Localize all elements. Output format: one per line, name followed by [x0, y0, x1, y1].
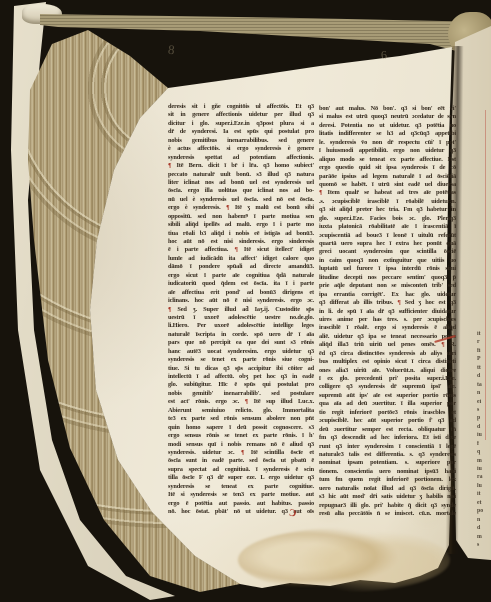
- text-line: parāōe ipsius ad legem naturalē ī ad ōsc…: [319, 173, 456, 181]
- text-line: quomō se habēt. ī utrū sint eadē uel diu…: [319, 181, 456, 189]
- text-line: tio regit inferiorē portōe3 rōnis irascb…: [319, 409, 456, 417]
- text-line: dāmō ī pondere spūali ad directe amandū3…: [168, 263, 314, 271]
- rubric-pilcrow: ¶: [397, 299, 400, 306]
- pencil-mark-left: 8: [167, 42, 175, 59]
- rubric-pilcrow: ¶: [226, 204, 229, 211]
- text-line: hoc aūt nō est nisi sinderesis. ergo sin…: [168, 238, 314, 246]
- text-line: tum fm quem regit inferiorē portionem. l…: [319, 476, 456, 484]
- facing-text-fragment: p: [477, 414, 491, 422]
- facing-text-fragment: s: [477, 541, 491, 549]
- text-line: dr̄ de synderesi. Ia est spūs qui postul…: [168, 128, 314, 136]
- facing-page-red-rule: [485, 110, 486, 440]
- text-line: aliquo modo se teneat ex parte affectiue…: [319, 156, 456, 164]
- text-line: naturale3 talis est differentia. s. q3 s…: [319, 451, 456, 459]
- book-photo: itrfiPttdtaneispdiufqmiuraluitetpondms d…: [0, 0, 491, 602]
- text-line: ¶ Item qualr̄ se habeat ad tres aīe potē…: [319, 189, 456, 197]
- text-line: .s. ɔcupisciblē irasciblē ī rōabilē uide…: [319, 198, 456, 206]
- text-line: è actus affectōis. si ergo synderesis è …: [168, 145, 314, 153]
- facing-text-fragment: ei: [477, 398, 491, 406]
- text-line: synderesis se teneat ex parte cognitiue.: [168, 483, 314, 491]
- facing-text-fragment: q: [477, 448, 491, 456]
- text-line: q3 differat ab illis tribus. ¶ Sed ʒ hoc…: [319, 299, 456, 307]
- text-line: luptatū uel furore ī ipsa interdū rōnis …: [319, 265, 456, 273]
- text-line: est act' rōnis. ergo ɔc. ¶ Itē sup illud…: [168, 398, 314, 406]
- rubric-pilcrow: ¶: [441, 341, 444, 348]
- facing-text-fragment: P: [477, 355, 491, 363]
- text-line: Itē si synderesis se ten3 ex parte motiu…: [168, 491, 314, 499]
- text-line: aīe affectiua erit pond' ad bonū3 dirige…: [168, 289, 314, 297]
- text-line: iudicatoriū quod q̄dem est ōscīa. ita ī …: [168, 280, 314, 288]
- text-line: te3 ex parte sed rōnis sensum abolere no…: [168, 415, 314, 423]
- text-line: ī ex glo. precedenti pri' posita super.i…: [319, 375, 456, 383]
- text-line: bus multiplex est opinio sicut ī circa d…: [319, 358, 456, 366]
- text-line: uestrū ī uxorē adolescētie uestre no.de.…: [168, 314, 314, 322]
- text-line: ergo sicut ī parte aīe cognitiua q̄dā na…: [168, 272, 314, 280]
- text-line: ergo sensus rōnis se tenet ex parte rōni…: [168, 432, 314, 440]
- text-line: tionem. conscientia uero nominat ipsū3 h…: [319, 468, 456, 476]
- text-line: glo. subiūgitur. Hīc ē spūs qui postulat…: [168, 381, 314, 389]
- text-line: intellectū ī ad affectū. obʒ pet hoc q3 …: [168, 373, 314, 381]
- text-line: bon' aut malus. Nō bon'. q3 si bon' eēt …: [319, 105, 456, 113]
- text-line: lumīe ad iudicādū ita affect' idiget cal…: [168, 255, 314, 263]
- text-line: ¶ Sed ʒ. Super illud ad̄ Iaʒ.ij. Custodi…: [168, 306, 314, 314]
- text-line: pars que nō percipit ea que dei sunt s3 …: [168, 339, 314, 347]
- rubric-pilcrow: ¶: [319, 189, 322, 196]
- text-line: prie aq̄le deputant non se misconten̄ tr…: [319, 282, 456, 290]
- text-line: modi sensus quī i nobis remans nō ē aliu…: [168, 441, 314, 449]
- text-line: ergo ē potētia aut passio. aut habitus. …: [168, 500, 314, 508]
- pencil-mark-right: 6: [380, 48, 388, 64]
- facing-text-fragment: fi: [477, 347, 491, 355]
- facing-text-fragment: it: [477, 490, 491, 498]
- text-line: resū alīa peccātōis n̄ se imiscet. cū.n.…: [319, 510, 456, 518]
- facing-text-fragment: tt: [477, 364, 491, 372]
- text-line: irasciblē ī rōalē. ergo si synderesis ē …: [319, 324, 456, 332]
- text-line: supra spectat ad cognitiuā. ī synderesis…: [168, 466, 314, 474]
- text-line: iclinans. hoc aūt nō ē nisi synderesis. …: [168, 297, 314, 305]
- text-line: ōscīa. ergo illa uolūtas que iclinat nos…: [168, 187, 314, 195]
- text-line: q3 sit aliq̄d preter hec tria. Fm q3 hab…: [319, 206, 456, 214]
- facing-text-fragment: m: [477, 533, 491, 541]
- text-line: dicitur i glo. super.i.Eze.in q3post plu…: [168, 120, 314, 128]
- text-line: si malus est utrū quoq3 neutrū ɔcedatur …: [319, 113, 456, 121]
- text-line: uires anime per has tres. s. per ɔcupisc…: [319, 316, 456, 324]
- text-line: uero naturalis noīat illud ad q3 ōscīa d…: [319, 485, 456, 493]
- text-column-right: bon' aut malus. Nō bon'. q3 si bon' eēt …: [319, 105, 456, 518]
- facing-text-fragment: n: [477, 516, 491, 524]
- facing-text-fragment: po: [477, 507, 491, 515]
- text-line: nobis gemitib' inenarrabilib'. sed postu…: [168, 390, 314, 398]
- text-column-left: deresis sit i gñe cognitōis uł affectōis…: [168, 103, 314, 516]
- text-line: s3 hic aūt mod' dr̄i satis uidetur ʒ hab…: [319, 493, 456, 501]
- facing-text-fragment: r: [477, 338, 491, 346]
- text-line: deresis sit i gñe cognitōis uł affectōis…: [168, 103, 314, 111]
- text-line: synderesis se tenet ex parte rōnis siue …: [168, 356, 314, 364]
- text-line: sit in genere affectionis uidetur per il…: [168, 111, 314, 119]
- text-line: peccato naturalr̄ uult bonū. s3 illud q3…: [168, 171, 314, 179]
- text-line: ɔcupiscentiā ad boue3 ī leonē ī uitulū r…: [319, 232, 456, 240]
- facing-page-text-fragments: itrfiPttdtaneispdiufqmiuraluitetpondms: [477, 330, 491, 549]
- text-line: qua aīa ad deū ɔuertitur. ī illa superio…: [319, 400, 456, 408]
- text-line: quin homo sapere ī deū possit cognoscere…: [168, 424, 314, 432]
- text-line: ōscīa sunt in eadē parte. sed ōscīa ut p…: [168, 457, 314, 465]
- text-line: iuxta platonicā rōabilitatē aīe ī irasce…: [319, 223, 456, 231]
- text-line: runt q3 inter synderesim ī conscientiā ī…: [319, 443, 456, 451]
- text-line: in li. de spū ī aīa dr̄ q3 sufficienter …: [319, 308, 456, 316]
- rubric-pilcrow: ¶: [168, 306, 171, 313]
- text-line: li.Hiero. Per uxorē adolescētie intellig…: [168, 322, 314, 330]
- text-line: Abierunt semiuiuo relicto. glo. Immortal…: [168, 407, 314, 415]
- text-line: ē i parte affectiua. ¶ Itē sicut itellec…: [168, 246, 314, 254]
- text-line: quartā uero supra hec ī extra hec ponūt …: [319, 240, 456, 248]
- text-line: ēd q3 circa distinctōes synderesis ab al…: [319, 350, 456, 358]
- text-line: nū uel è synderesis uel ōscīa. sed nō es…: [168, 196, 314, 204]
- rubric-pilcrow: ¶: [168, 162, 171, 169]
- text-line: ī huiusmodi appetibiliū. ergo non uidetu…: [319, 147, 456, 155]
- text-line: colligere q3 synderesis dr̄ supremū ipsī…: [319, 383, 456, 391]
- text-line: liter iclinat nos ad bonū uel est synder…: [168, 179, 314, 187]
- text-line: nobis gemitibus inenarrabilibus. sed gen…: [168, 137, 314, 145]
- facing-text-fragment: d: [477, 372, 491, 380]
- text-line: oppositū. sed non habemꝰ ī parte motiua …: [168, 213, 314, 221]
- text-line: litudine decepti nos peccare sentim' quo…: [319, 274, 456, 282]
- text-line: tiue. Si tu dicas q3 sp̄s accipitur ibi …: [168, 365, 314, 373]
- facing-text-fragment: it: [477, 330, 491, 338]
- text-line: ergo questio quid sit ipsa synderesis ī …: [319, 164, 456, 172]
- text-line: glo. super.i.Eze. Facies bois ɔc. glo. P…: [319, 215, 456, 223]
- text-line: le. synderesis v̄o non dr̄ respectu cūi'…: [319, 139, 456, 147]
- facing-text-fragment: ta: [477, 381, 491, 389]
- text-line: sibili aliq̄d ipellēs ad malū. ergo ī i …: [168, 221, 314, 229]
- facing-text-fragment: iu: [477, 431, 491, 439]
- facing-text-fragment: m: [477, 457, 491, 465]
- rubric-pilcrow: ¶: [234, 246, 237, 253]
- facing-text-fragment: d: [477, 524, 491, 532]
- facing-text-fragment: s: [477, 406, 491, 414]
- text-line: greci uocant synderesim que scintilla ōs…: [319, 248, 456, 256]
- text-line: naturalē īscripta in corde. spō uero dr̄…: [168, 331, 314, 339]
- text-line: synderesis spettat ad potentiam affectio…: [168, 154, 314, 162]
- facing-text-fragment: et: [477, 499, 491, 507]
- text-line: litatis indifferenter se h3 ad q3cūq3 ap…: [319, 130, 456, 138]
- rubric-pilcrow: ¶: [245, 398, 248, 405]
- text-line: in caim quoq3 non extinguitur que uitiis…: [319, 257, 456, 265]
- text-line: repugnar3 illi glo. pri' habite q̄ dicit…: [319, 502, 456, 510]
- rubric-pilcrow: ¶: [241, 449, 244, 456]
- facing-text-fragment: iu: [477, 465, 491, 473]
- facing-text-fragment: n: [477, 389, 491, 397]
- text-line: ones alia3 uiriū aīe. Voluerūt.n. aliqui…: [319, 367, 456, 375]
- text-line: fm q3 descendit ad hec inferiora. Et ist…: [319, 434, 456, 442]
- text-line: nominat ipsam potentiam. s. superiore po…: [319, 459, 456, 467]
- text-line: deū ɔuertitur semper est recta. obliquat…: [319, 426, 456, 434]
- text-line: ipa errantia corrigēt'. Ex hac glo. uide…: [319, 291, 456, 299]
- text-line: tiua rōali b3 aliq̄d i nobis eē istigās …: [168, 230, 314, 238]
- facing-text-fragment: d: [477, 423, 491, 431]
- text-line: synderesis. uidetur ɔc. ¶ Itē scintilla …: [168, 449, 314, 457]
- facing-text-fragment: f: [477, 440, 491, 448]
- text-line: ¶ Itē Bern. dicit ī br̄ i lr̄a. q3 homo …: [168, 162, 314, 170]
- text-line: tilla ōscīe F q3 dr̄ super eze. L ergo u…: [168, 474, 314, 482]
- text-line: ergo è synderesis. ¶ Itē ʒ malū est bonū…: [168, 204, 314, 212]
- facing-text-fragment: lu: [477, 482, 491, 490]
- text-line: ɔcupisciblē. hec aūt superior portio f' …: [319, 417, 456, 425]
- facing-text-fragment: ra: [477, 473, 491, 481]
- text-line: hanc autē3 uocat synderesim. ergo uidetu…: [168, 348, 314, 356]
- text-line: deresi. Potentia no ut uidetur. q3 potēt…: [319, 122, 456, 130]
- text-line: supremū aūt ips' aīe est superior portio…: [319, 392, 456, 400]
